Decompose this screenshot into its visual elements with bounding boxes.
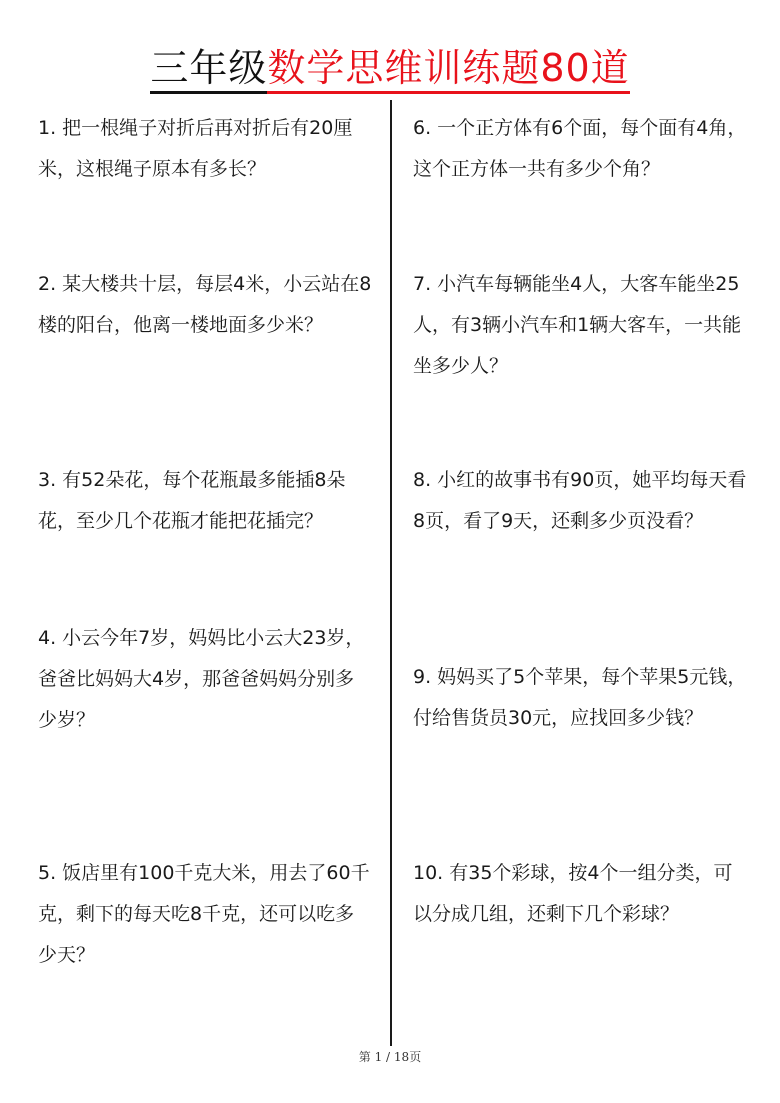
title-subject: 数学思维训练题80道 [267,46,629,94]
page-number: 第 1 / 18页 [0,1048,780,1065]
question-6: 6. 一个正方体有6个面，每个面有4角，这个正方体一共有多少个角？ [413,108,748,190]
page-title: 三年级数学思维训练题80道 [150,44,629,92]
question-9: 9. 妈妈买了5个苹果，每个苹果5元钱，付给售货员30元，应找回多少钱？ [413,657,748,739]
question-7: 7. 小汽车每辆能坐4人，大客车能坐25人，有3辆小汽车和1辆大客车，一共能坐多… [413,264,748,387]
question-8: 8. 小红的故事书有90页，她平均每天看8页，看了9天，还剩多少页没看？ [413,460,748,542]
column-divider [390,100,392,1046]
question-3: 3. 有52朵花，每个花瓶最多能插8朵花，至少几个花瓶才能把花插完？ [38,460,373,542]
question-4: 4. 小云今年7岁，妈妈比小云大23岁，爸爸比妈妈大4岁，那爸爸妈妈分别多少岁？ [38,618,373,741]
question-1: 1. 把一根绳子对折后再对折后有20厘米，这根绳子原本有多长？ [38,108,373,190]
question-5: 5. 饭店里有100千克大米，用去了60千克，剩下的每天吃8千克，还可以吃多少天… [38,853,373,976]
question-2: 2. 某大楼共十层，每层4米，小云站在8楼的阳台，他离一楼地面多少米？ [38,264,373,346]
title-grade: 三年级 [150,46,267,94]
page-header: 三年级数学思维训练题80道 [0,44,780,92]
question-10: 10. 有35个彩球，按4个一组分类，可以分成几组，还剩下几个彩球？ [413,853,748,935]
